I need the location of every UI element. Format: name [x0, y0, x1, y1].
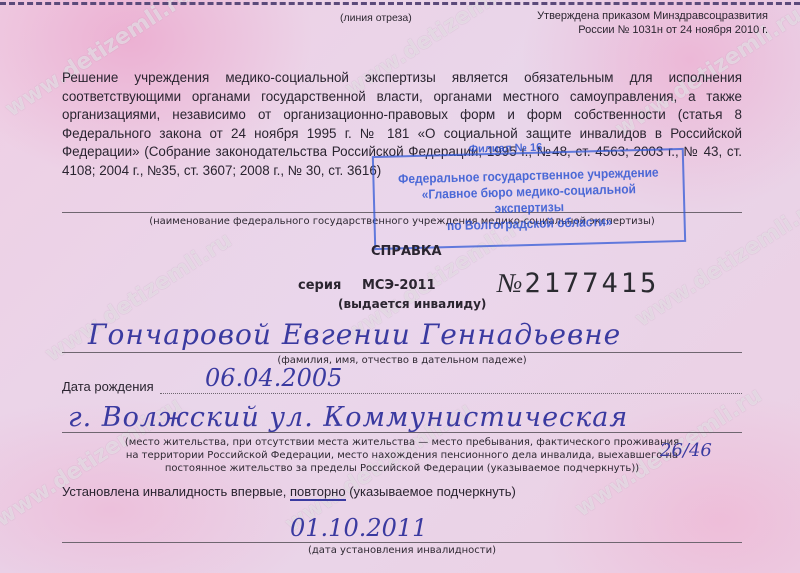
birth-date-handwritten: 06.04.2005	[205, 364, 342, 392]
number-sign: №	[497, 268, 522, 298]
disability-date-caption: (дата установления инвалидности)	[62, 545, 742, 556]
cut-line	[0, 2, 800, 5]
address-caption-line-3: постоянное жительство за пределы Российс…	[62, 462, 742, 475]
series-label: серия	[298, 278, 341, 293]
disability-established-selected: повторно	[290, 484, 346, 501]
approval-line-2: России № 1031н от 24 ноября 2010 г.	[537, 23, 768, 37]
birth-date-line	[160, 393, 742, 394]
stamp-branch: Филиал № 16	[468, 140, 542, 158]
address-caption: (место жительства, при отсутствии места …	[62, 436, 742, 475]
full-name-handwritten: Гончаровой Евгении Геннадьевне	[88, 318, 621, 351]
cut-line-label: (линия отреза)	[340, 12, 412, 24]
issued-to-caption: (выдается инвалиду)	[338, 297, 486, 311]
birth-date-label: Дата рождения	[62, 379, 154, 394]
address-handwritten: г. Волжский ул. Коммунистическая	[68, 402, 628, 433]
address-line	[62, 432, 742, 433]
approval-line-1: Утверждена приказом Минздравсоцразвития	[537, 9, 768, 23]
series-value: МСЭ-2011	[362, 278, 436, 293]
disability-established: Установлена инвалидность впервые, повтор…	[62, 484, 516, 499]
disability-date-line	[62, 542, 742, 543]
disability-established-prefix: Установлена инвалидность впервые,	[62, 484, 290, 499]
full-name-caption: (фамилия, имя, отчество в дательном паде…	[62, 355, 742, 366]
address-caption-line-2: на территории Российской Федерации, мест…	[62, 449, 742, 462]
full-name-line	[62, 352, 742, 353]
institution-stamp: Филиал № 16 Федеральное государственное …	[372, 148, 686, 250]
address-extra-handwritten: 26/46	[660, 440, 712, 461]
document-title: СПРАВКА	[371, 244, 442, 259]
disability-established-suffix: (указываемое подчеркнуть)	[346, 484, 516, 499]
disability-date-handwritten: 01.10.2011	[290, 514, 427, 542]
address-caption-line-1: (место жительства, при отсутствии места …	[62, 436, 742, 449]
certificate-number: №2177415	[497, 268, 659, 299]
number-value: 2177415	[524, 268, 659, 299]
approval-note: Утверждена приказом Минздравсоцразвития …	[537, 9, 768, 37]
